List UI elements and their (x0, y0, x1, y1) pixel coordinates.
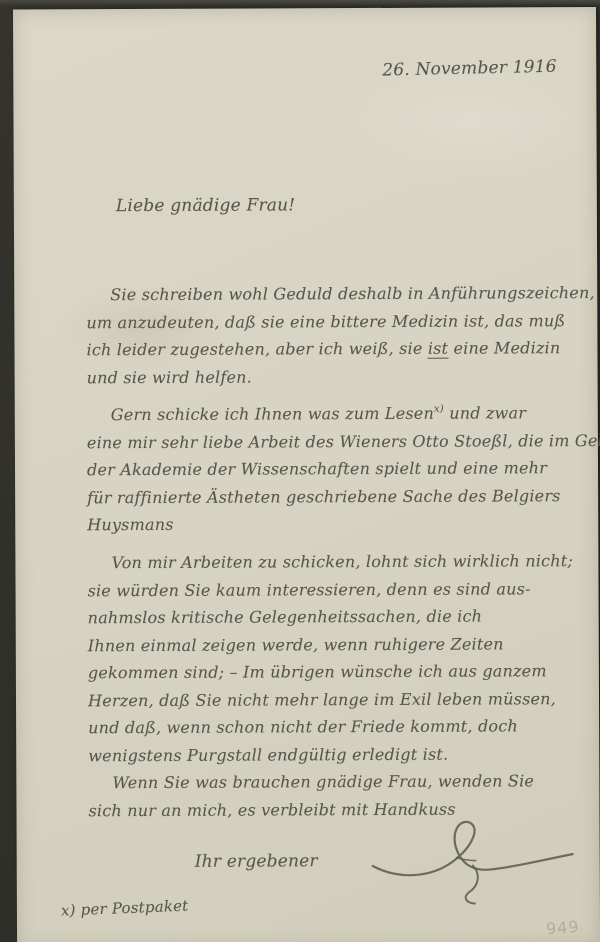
text-segment: ich leider zugestehen, aber ich weiß, si… (86, 339, 427, 359)
text-line: wenigstens Purgstall endgültig erledigt … (88, 740, 593, 770)
text-line: Ihnen einmal zeigen werde, wenn ruhigere… (88, 630, 593, 660)
paragraph-3: Von mir Arbeiten zu schicken, lohnt sich… (87, 547, 593, 769)
text-line: Von mir Arbeiten zu schicken, lohnt sich… (87, 547, 592, 577)
text-line: ich leider zugestehen, aber ich weiß, si… (86, 334, 591, 364)
valediction: Ihr ergebener (195, 848, 318, 876)
paragraph-2: Gern schicke ich Ihnen was zum Lesenx) u… (87, 395, 593, 539)
text-line: sie würden Sie kaum interessieren, denn … (87, 575, 592, 605)
text-segment: eine Medizin (448, 338, 560, 357)
scan-background: 26. November 1916 Liebe gnädige Frau! Si… (0, 0, 600, 942)
text-line: nahmslos kritische Gelegenheitssachen, d… (88, 602, 593, 632)
footnote-mark: x) (434, 404, 444, 415)
paragraph-1: Sie schreiben wohl Geduld deshalb in Anf… (86, 279, 591, 391)
archival-number: 949 (546, 917, 581, 938)
text-line: Herzen, daß Sie nicht mehr lange im Exil… (88, 685, 593, 715)
text-line: gekommen sind; – Im übrigen wünsche ich … (88, 657, 593, 687)
text-line: Gern schicke ich Ihnen was zum Lesenx) u… (87, 395, 592, 429)
text-line: für raffinierte Ästheten geschriebene Sa… (87, 482, 592, 512)
text-line: der Akademie der Wissenschaften spielt u… (87, 454, 592, 484)
underlined-word: ist (428, 339, 448, 359)
text-line: Wenn Sie was brauchen gnädige Frau, wend… (88, 767, 593, 797)
letter-page: 26. November 1916 Liebe gnädige Frau! Si… (13, 7, 600, 942)
salutation: Liebe gnädige Frau! (116, 192, 296, 220)
text-line: eine mir sehr liebe Arbeit des Wieners O… (87, 427, 592, 457)
text-line: und daß, wenn schon nicht der Friede kom… (88, 712, 593, 742)
footnote: x) per Postpaket (60, 893, 188, 925)
signature-flourish-icon (369, 813, 579, 910)
text-segment: Gern schicke ich Ihnen was zum Lesen (111, 404, 434, 424)
letter-date: 26. November 1916 (382, 54, 557, 85)
text-line: Huysmans (87, 509, 592, 539)
signature (369, 813, 579, 910)
text-line: und sie wird helfen. (87, 362, 592, 392)
text-line: Sie schreiben wohl Geduld deshalb in Anf… (86, 279, 591, 309)
text-segment: und zwar (444, 403, 526, 422)
text-line: um anzudeuten, daß sie eine bittere Medi… (86, 307, 591, 337)
